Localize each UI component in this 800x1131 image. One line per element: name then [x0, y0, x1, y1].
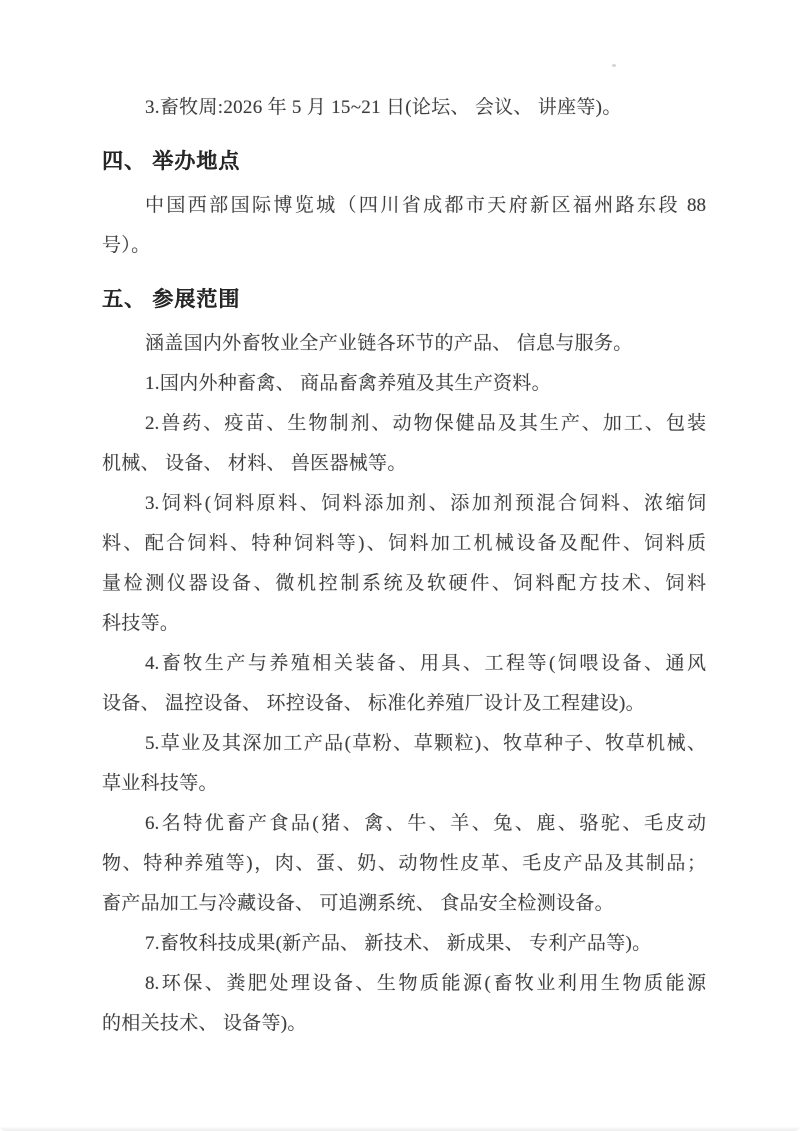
text-line: 7.畜牧科技成果(新产品、 新技术、 新成果、 专利产品等)。	[102, 924, 706, 964]
para-scope-intro: 涵盖国内外畜牧业全产业链各环节的产品、 信息与服务。	[102, 324, 706, 364]
page-bottom-edge	[0, 1126, 800, 1131]
para-scope-item-1: 1.国内外种畜禽、 商品畜禽养殖及其生产资料。	[102, 364, 706, 404]
text-line: 4.畜牧生产与养殖相关装备、用具、工程等(饲喂设备、通风	[102, 644, 706, 684]
para-venue: 中国西部国际博览城（四川省成都市天府新区福州路东段 88号）。	[102, 186, 706, 266]
text-line: 号）。	[102, 226, 706, 266]
text-line: 设备、 温控设备、 环控设备、 标准化养殖厂设计及工程建设)。	[102, 684, 706, 724]
text-line: 草业科技等。	[102, 764, 706, 804]
document-body: 3.畜牧周:2026 年 5 月 15~21 日(论坛、 会议、 讲座等)。四、…	[102, 88, 706, 1044]
para-schedule-item-3: 3.畜牧周:2026 年 5 月 15~21 日(论坛、 会议、 讲座等)。	[102, 88, 706, 128]
text-line: 3.饲料(饲料原料、饲料添加剂、添加剂预混合饲料、浓缩饲	[102, 484, 706, 524]
scanned-document-page: 3.畜牧周:2026 年 5 月 15~21 日(论坛、 会议、 讲座等)。四、…	[0, 0, 800, 1131]
text-line: 中国西部国际博览城（四川省成都市天府新区福州路东段 88	[102, 186, 706, 226]
text-line: 五、 参展范围	[102, 279, 706, 319]
text-line: 量检测仪器设备、微机控制系统及软硬件、饲料配方技术、饲料	[102, 564, 706, 604]
para-scope-item-5: 5.草业及其深加工产品(草粉、草颗粒)、牧草种子、牧草机械、草业科技等。	[102, 724, 706, 804]
text-line: 科技等。	[102, 604, 706, 644]
text-line: 6.名特优畜产食品(猪、禽、牛、羊、兔、鹿、骆驼、毛皮动	[102, 804, 706, 844]
para-scope-item-3: 3.饲料(饲料原料、饲料添加剂、添加剂预混合饲料、浓缩饲料、配合饲料、特种饲料等…	[102, 484, 706, 644]
text-line: 四、 举办地点	[102, 141, 706, 181]
text-line: 1.国内外种畜禽、 商品畜禽养殖及其生产资料。	[102, 364, 706, 404]
para-scope-item-6: 6.名特优畜产食品(猪、禽、牛、羊、兔、鹿、骆驼、毛皮动物、特种养殖等)，肉、蛋…	[102, 804, 706, 924]
text-line: 8.环保、粪肥处理设备、生物质能源(畜牧业利用生物质能源	[102, 964, 706, 1004]
para-scope-item-2: 2.兽药、疫苗、生物制剂、动物保健品及其生产、加工、包装机械、 设备、 材料、 …	[102, 404, 706, 484]
text-line: 5.草业及其深加工产品(草粉、草颗粒)、牧草种子、牧草机械、	[102, 724, 706, 764]
section-heading-venue: 四、 举办地点	[102, 141, 706, 181]
text-line: 的相关技术、 设备等)。	[102, 1004, 706, 1044]
text-line: 畜产品加工与冷藏设备、 可追溯系统、 食品安全检测设备。	[102, 884, 706, 924]
text-line: 2.兽药、疫苗、生物制剂、动物保健品及其生产、加工、包装	[102, 404, 706, 444]
scan-artifact-dot	[612, 64, 616, 67]
section-heading-scope: 五、 参展范围	[102, 279, 706, 319]
text-line: 3.畜牧周:2026 年 5 月 15~21 日(论坛、 会议、 讲座等)。	[102, 88, 706, 128]
para-scope-item-7: 7.畜牧科技成果(新产品、 新技术、 新成果、 专利产品等)。	[102, 924, 706, 964]
text-line: 涵盖国内外畜牧业全产业链各环节的产品、 信息与服务。	[102, 324, 706, 364]
text-line: 料、配合饲料、特种饲料等)、饲料加工机械设备及配件、饲料质	[102, 524, 706, 564]
para-scope-item-4: 4.畜牧生产与养殖相关装备、用具、工程等(饲喂设备、通风设备、 温控设备、 环控…	[102, 644, 706, 724]
text-line: 机械、 设备、 材料、 兽医器械等。	[102, 444, 706, 484]
text-line: 物、特种养殖等)，肉、蛋、奶、动物性皮革、毛皮产品及其制品；	[102, 844, 706, 884]
para-scope-item-8: 8.环保、粪肥处理设备、生物质能源(畜牧业利用生物质能源的相关技术、 设备等)。	[102, 964, 706, 1044]
